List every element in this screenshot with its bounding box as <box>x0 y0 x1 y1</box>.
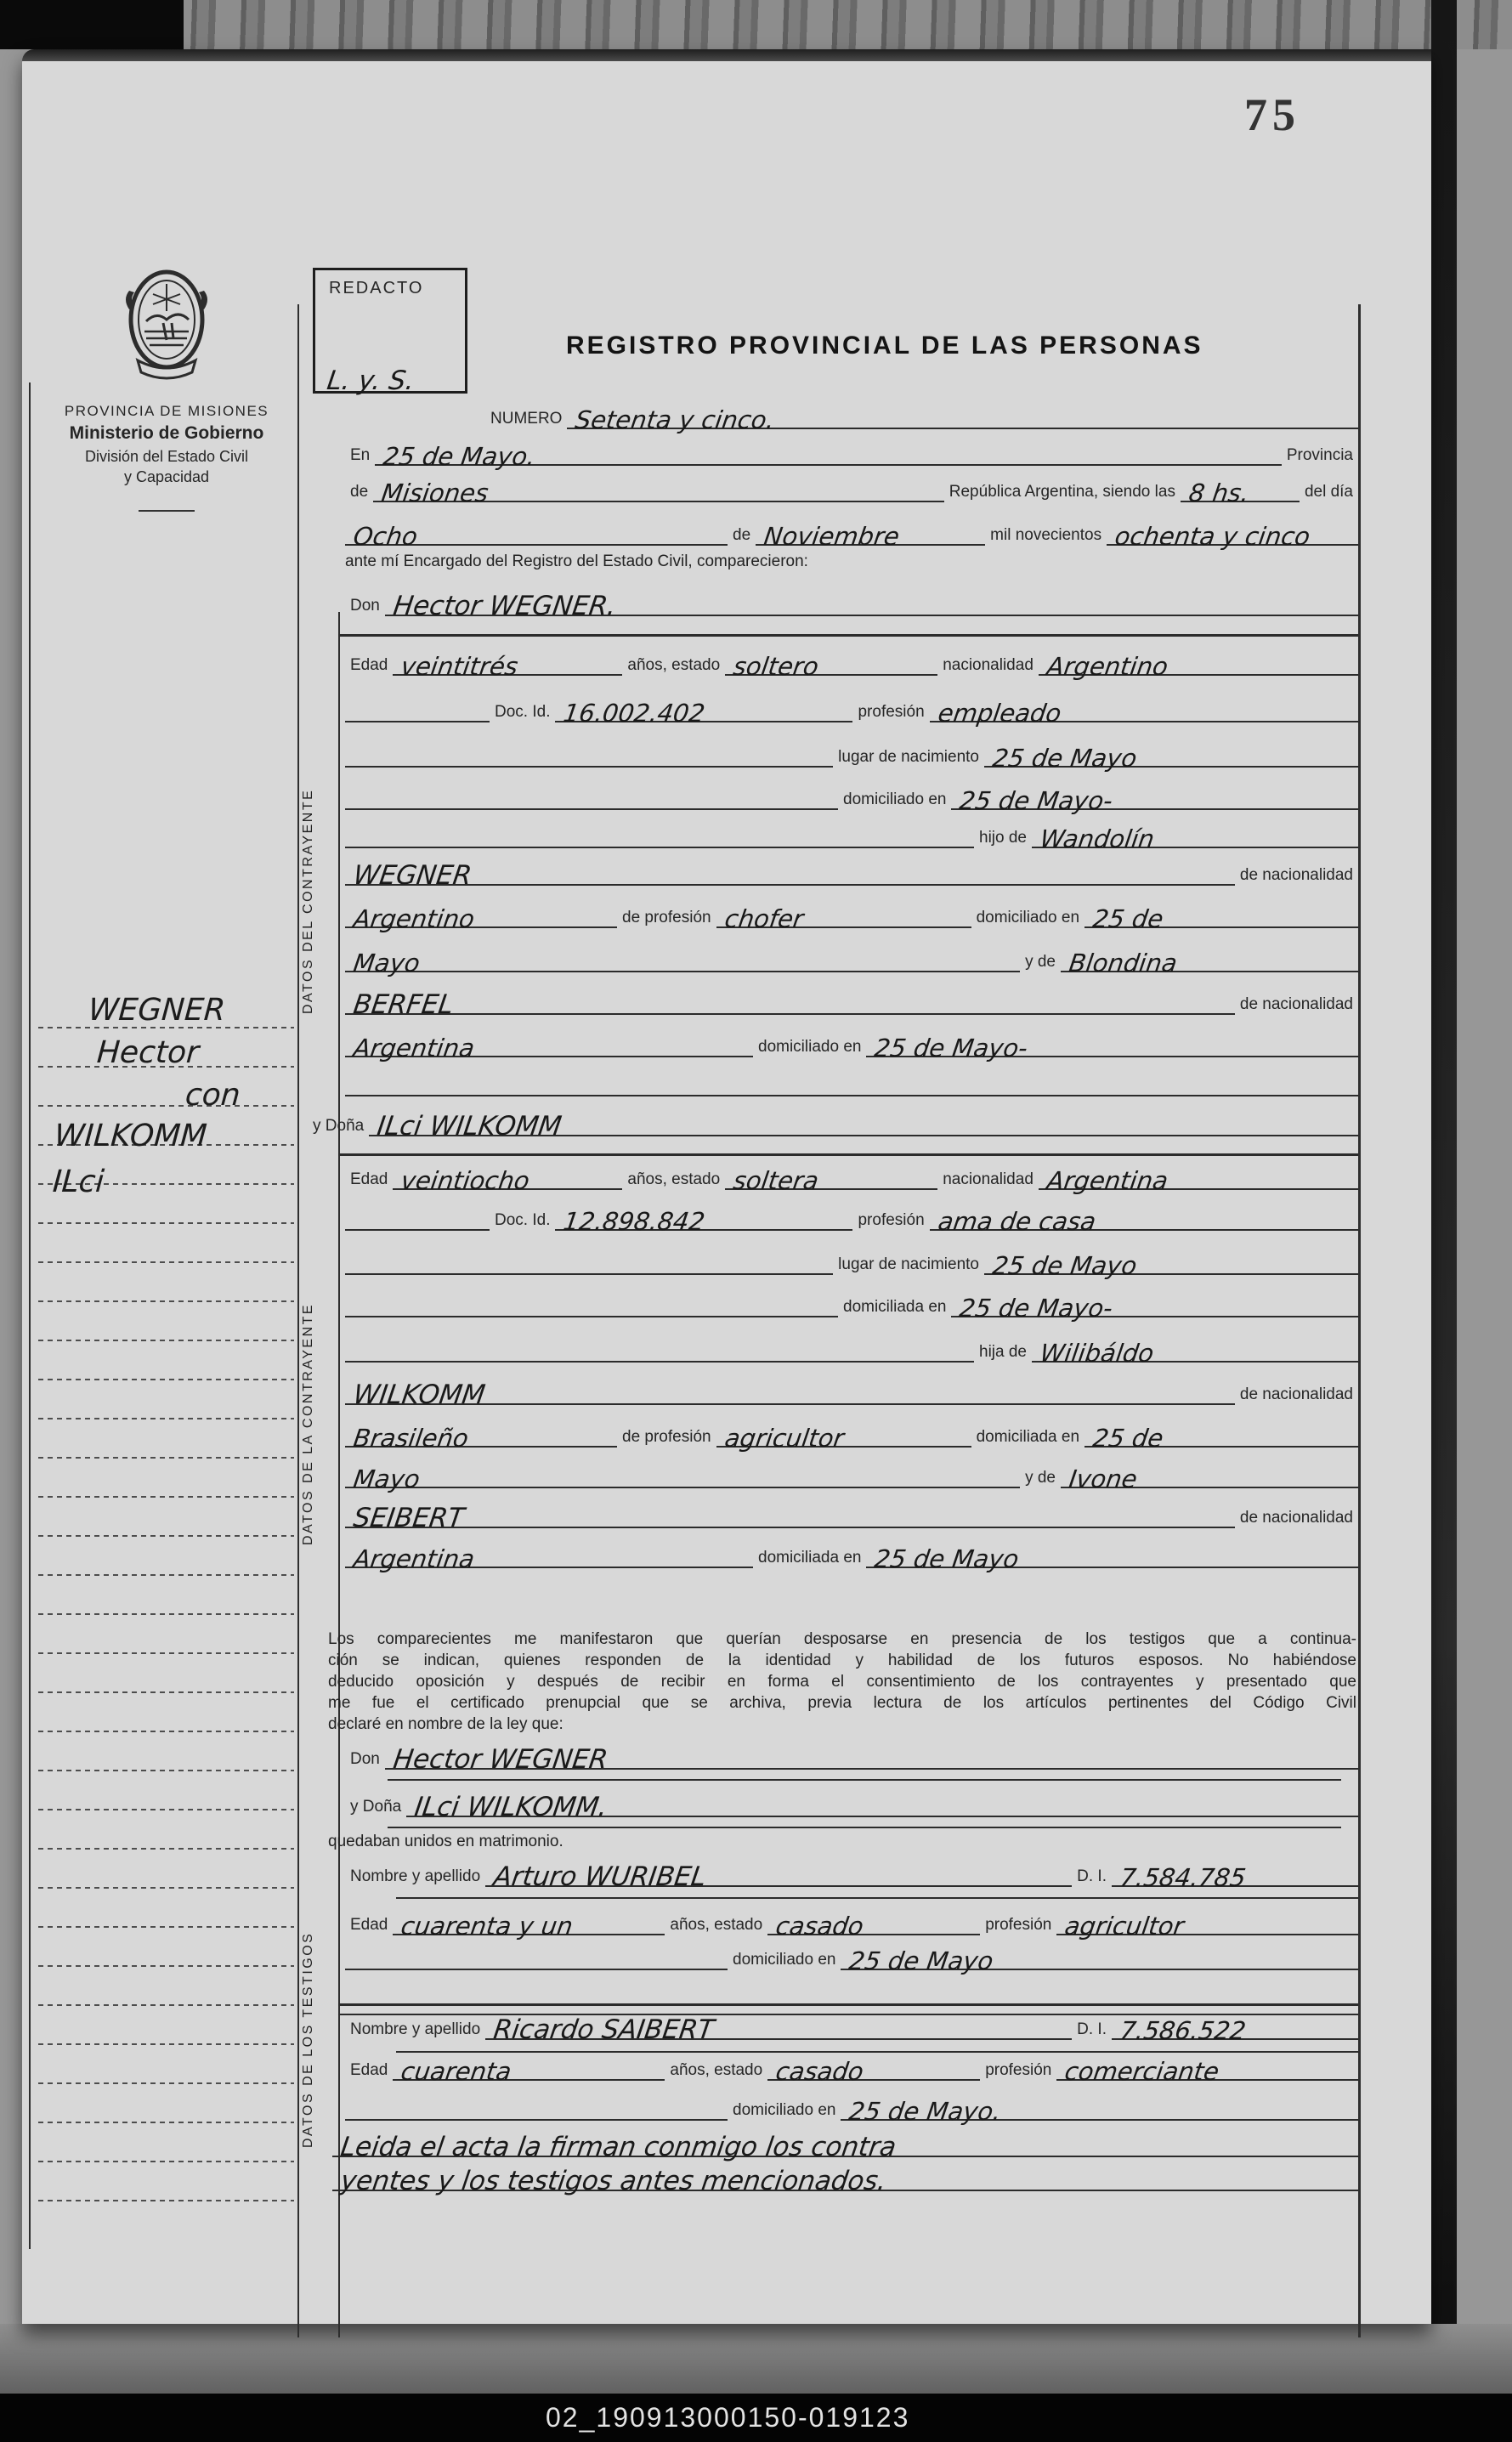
bride-doc-row: Doc. Id. 12.898.842 profesión ama de cas… <box>345 1193 1358 1231</box>
letterhead-rule <box>139 510 195 512</box>
groom-father-residence: 25 de <box>1091 907 1164 932</box>
bride-father-profession: agricultor <box>723 1426 846 1451</box>
bride-mother-surname: SEIBERT <box>352 1505 466 1532</box>
groom-age-row: Edad veintitrés años, estado soltero nac… <box>345 638 1358 676</box>
witness2-age-row: Edad cuarenta años, estado casado profes… <box>345 2043 1358 2081</box>
bride-name: ILci WILKOMM <box>376 1113 563 1140</box>
domiciliada-en-label: domiciliada en <box>971 1428 1084 1448</box>
declaration-paragraph: Los comparecientes me manifestaron que q… <box>328 1629 1356 1735</box>
groom-father-surname: WEGNER <box>352 863 473 889</box>
nacionalidad-label: nacionalidad <box>937 1170 1039 1190</box>
ante-mi-line: ante mí Encargado del Registro del Estad… <box>345 552 808 571</box>
domiciliada-en-label: domiciliada en <box>753 1549 866 1568</box>
closing-line1-row: Leida el acta la firman conmigo los cont… <box>332 2120 1358 2157</box>
act-year: ochenta y cinco <box>1113 524 1311 549</box>
margin-bride-surname: WILKOMM <box>54 1119 208 1153</box>
bride-father-residence: 25 de <box>1091 1426 1164 1451</box>
de-profesion-label: de profesión <box>617 1428 716 1448</box>
bride-father-detail-row: Brasileño de profesión agricultor domici… <box>345 1410 1358 1448</box>
groom-birthplace-row: lugar de nacimiento 25 de Mayo <box>345 730 1358 768</box>
hija-de-label: hija de <box>974 1343 1032 1363</box>
margin-bride-firstname: ILci <box>52 1164 105 1199</box>
bride-mother-name: Ivone <box>1067 1467 1139 1492</box>
de-nacionalidad-label: de nacionalidad <box>1235 995 1358 1015</box>
bride-mother-nationality: Argentina <box>352 1547 476 1572</box>
bride-mother-detail-row: Argentina domiciliada en 25 de Mayo <box>345 1531 1358 1568</box>
scan-reference-code: 02_190913000150-019123 <box>546 2402 909 2434</box>
blank-line-row <box>345 1059 1358 1096</box>
witness1-name-row: Nombre y apellido Arturo WURIBEL D. I. 7… <box>345 1850 1358 1887</box>
domiciliada-en-label: domiciliada en <box>838 1298 951 1317</box>
bride-profession: ama de casa <box>937 1210 1097 1234</box>
witness2-name-row: Nombre y apellido Ricardo SAIBERT D. I. … <box>345 2003 1358 2040</box>
act-hour: 8 hs. <box>1187 481 1250 506</box>
nombre-label: Nombre y apellido <box>345 1867 485 1887</box>
estado-label: años, estado <box>665 2061 767 2081</box>
groom-profession: empleado <box>937 701 1062 726</box>
bride-mother-row: Mayo y de Ivone <box>345 1451 1358 1488</box>
margin-rule <box>29 382 31 2249</box>
dona-label: y Doña <box>308 1117 369 1136</box>
groom-status: soltero <box>732 654 820 679</box>
numero-row: NUMERO Setenta y cinco. <box>345 392 1358 429</box>
declared-groom-row: Don Hector WEGNER <box>345 1732 1358 1770</box>
y-de-label: y de <box>1020 953 1061 972</box>
letterhead: PROVINCIA DE MISIONES Ministerio de Gobi… <box>37 260 296 512</box>
paragraph-line: deducido oposición y después de recibir … <box>328 1671 1356 1692</box>
groom-father-residence2: Mayo <box>352 951 422 976</box>
bride-father-row: hija de Wilibáldo <box>345 1325 1358 1363</box>
de-nacionalidad-label: de nacionalidad <box>1235 1509 1358 1528</box>
letterhead-province: PROVINCIA DE MISIONES <box>37 403 296 420</box>
mil-label: mil novecientos <box>985 526 1107 546</box>
form-rule-right <box>1358 304 1361 2337</box>
en-label: En <box>345 446 375 466</box>
nombre-label: Nombre y apellido <box>345 2020 485 2040</box>
profesion-label: profesión <box>980 2061 1056 2081</box>
letterhead-ministry: Ministerio de Gobierno <box>37 423 296 444</box>
groom-father-surname-row: WEGNER de nacionalidad <box>345 848 1358 886</box>
groom-birthplace: 25 de Mayo <box>991 746 1138 771</box>
de2-label: de <box>728 526 756 546</box>
nacimiento-label: lugar de nacimiento <box>833 1255 984 1275</box>
de-nacionalidad-label: de nacionalidad <box>1235 866 1358 886</box>
groom-doc-id: 16.002.402 <box>562 701 706 726</box>
paragraph-line: ción se indican, quienes responden de la… <box>328 1650 1356 1671</box>
bride-father-surname: WILKOMM <box>352 1382 487 1408</box>
act-day: Ocho <box>352 524 419 549</box>
letterhead-capacity: y Capacidad <box>37 468 296 486</box>
witness1-residence: 25 de Mayo <box>847 1949 994 1974</box>
groom-mother-surname-row: BERFEL de nacionalidad <box>345 977 1358 1015</box>
bride-name-row: y Doña ILci WILKOMM <box>308 1099 1358 1136</box>
numero-label: NUMERO <box>485 410 567 429</box>
bride-residence: 25 de Mayo- <box>958 1296 1114 1321</box>
declared-bride-row: y Doña ILci WILKOMM. <box>345 1780 1358 1817</box>
bride-age-row: Edad veintiocho años, estado soltera nac… <box>345 1153 1358 1190</box>
bride-doc-id: 12.898.842 <box>562 1210 706 1234</box>
bride-birthplace: 25 de Mayo <box>991 1254 1138 1278</box>
republica-label: República Argentina, siendo las <box>944 483 1181 502</box>
bride-status: soltera <box>732 1169 820 1193</box>
domiciliado-en-label: domiciliado en <box>728 1951 841 1970</box>
groom-father-detail-row: Argentino de profesión chofer domiciliad… <box>345 891 1358 928</box>
letterhead-division: División del Estado Civil <box>37 448 296 466</box>
witness1-age-row: Edad cuarenta y un años, estado casado p… <box>345 1898 1358 1935</box>
witness1-residence-row: domiciliado en 25 de Mayo <box>345 1933 1358 1970</box>
witness2-name: Ricardo SAIBERT <box>492 2017 716 2043</box>
nacimiento-label: lugar de nacimiento <box>833 748 984 768</box>
double-underline <box>388 1827 1341 1828</box>
witness2-doc-id: 7.586.522 <box>1118 2019 1248 2043</box>
groom-mother-residence: 25 de Mayo- <box>873 1036 1029 1061</box>
bride-father-nationality: Brasileño <box>352 1426 470 1451</box>
y-dona-label: y Doña <box>345 1798 406 1817</box>
de-profesion-label: de profesión <box>617 909 716 928</box>
witness1-doc-id: 7.584.785 <box>1118 1866 1248 1890</box>
witness2-residence-row: domiciliado en 25 de Mayo. <box>345 2083 1358 2121</box>
don-label: Don <box>345 1750 385 1770</box>
declared-groom-name: Hector WEGNER <box>392 1747 609 1773</box>
y-de-label: y de <box>1020 1469 1061 1488</box>
groom-nationality: Argentino <box>1045 654 1169 679</box>
di-label: D. I. <box>1072 1867 1112 1887</box>
doc-label: Doc. Id. <box>490 703 555 722</box>
domiciliado-en-label: domiciliado en <box>753 1038 866 1057</box>
scan-background <box>0 0 184 49</box>
groom-mother-name: Blondina <box>1067 951 1179 976</box>
domicilio-label: domiciliado en <box>838 790 951 810</box>
groom-residence-row: domiciliado en 25 de Mayo- <box>345 773 1358 810</box>
form-rule-inner <box>338 612 340 2337</box>
profesion-label: profesión <box>852 1211 929 1231</box>
bride-mother-residence: 25 de Mayo <box>873 1547 1020 1572</box>
paragraph-line: me fue el certificado prenupcial que se … <box>328 1692 1356 1714</box>
margin-groom-surname: WEGNER <box>88 993 227 1028</box>
groom-mother-detail-row: Argentina domiciliado en 25 de Mayo- <box>345 1020 1358 1057</box>
bride-father-residence2: Mayo <box>352 1467 422 1492</box>
section-label-bride: DATOS DE LA CONTRAYENTE <box>301 1232 337 1615</box>
de-nacionalidad-label: de nacionalidad <box>1235 1385 1358 1405</box>
book-top-edge <box>0 0 1512 49</box>
section-label-witnesses: DATOS DE LOS TESTIGOS <box>301 1870 337 2210</box>
registry-page: 75 PROVINCIA DE MISIONES Ministerio de G… <box>22 49 1431 2324</box>
witness2-profession: comerciante <box>1063 2060 1220 2084</box>
groom-age: veintitrés <box>399 654 519 679</box>
groom-mother-row: Mayo y de Blondina <box>345 935 1358 972</box>
act-province: Misiones <box>380 481 490 506</box>
doc-label: Doc. Id. <box>490 1211 555 1231</box>
form-rule-outer <box>297 304 299 2337</box>
edad-label: Edad <box>345 1170 393 1190</box>
edad-label: Edad <box>345 656 393 676</box>
place-row: En 25 de Mayo. Provincia <box>345 428 1358 466</box>
closing-line2-row: yentes y los testigos antes mencionados. <box>332 2154 1358 2191</box>
di-label: D. I. <box>1072 2020 1112 2040</box>
act-month: Noviembre <box>762 524 901 549</box>
nacionalidad-label: nacionalidad <box>937 656 1039 676</box>
groom-mother-nationality: Argentina <box>352 1036 476 1061</box>
declared-bride-name: ILci WILKOMM. <box>413 1794 609 1821</box>
witness1-name: Arturo WURIBEL <box>492 1864 708 1890</box>
bride-nationality: Argentina <box>1045 1169 1169 1193</box>
witness2-age: cuarenta <box>399 2060 512 2084</box>
misiones-coat-of-arms-icon <box>112 260 221 389</box>
bride-birthplace-row: lugar de nacimiento 25 de Mayo <box>345 1238 1358 1275</box>
bride-father-surname-row: WILKOMM de nacionalidad <box>345 1368 1358 1405</box>
united-line: quedaban unidos en matrimonio. <box>328 1833 563 1851</box>
provincia-label: Provincia <box>1282 446 1358 466</box>
estado-label: años, estado <box>622 656 725 676</box>
bride-age: veintiocho <box>399 1169 531 1193</box>
de-label: de <box>345 483 373 502</box>
groom-name-row: Don Hector WEGNER. <box>345 579 1358 616</box>
margin-con: con <box>184 1078 242 1113</box>
act-form: NUMERO Setenta y cinco. En 25 de Mayo. P… <box>345 49 1358 2344</box>
groom-name: Hector WEGNER. <box>392 593 618 620</box>
profesion-label: profesión <box>852 703 929 722</box>
witness2-status: casado <box>774 2060 865 2084</box>
section-label-groom: DATOS DEL CONTRAYENTE <box>301 722 337 1079</box>
section-divider <box>338 634 1358 637</box>
bride-father-name: Wilibáldo <box>1039 1341 1155 1366</box>
bride-mother-surname-row: SEIBERT de nacionalidad <box>345 1491 1358 1528</box>
domiciliado-en-label: domiciliado en <box>728 2101 841 2121</box>
closing-line2: yentes y los testigos antes mencionados. <box>339 2168 888 2195</box>
groom-father-row: hijo de Wandolín <box>345 811 1358 848</box>
date-row: Ocho de Noviembre mil novecientos ochent… <box>345 508 1358 546</box>
bride-residence-row: domiciliada en 25 de Mayo- <box>345 1280 1358 1317</box>
book-binding <box>1431 0 1457 2346</box>
hijo-de-label: hijo de <box>974 829 1032 848</box>
groom-doc-row: Doc. Id. 16.002.402 profesión empleado <box>345 685 1358 722</box>
paragraph-line: Los comparecientes me manifestaron que q… <box>328 1629 1356 1650</box>
groom-mother-surname: BERFEL <box>352 992 455 1018</box>
margin-groom-firstname: Hector <box>96 1035 201 1070</box>
groom-residence: 25 de Mayo- <box>958 789 1114 813</box>
groom-father-nationality: Argentino <box>352 907 476 932</box>
domiciliado-en-label: domiciliado en <box>971 909 1084 928</box>
del-dia-label: del día <box>1300 483 1358 502</box>
don-label: Don <box>345 597 385 616</box>
estado-label: años, estado <box>622 1170 725 1190</box>
edad-label: Edad <box>345 2061 393 2081</box>
groom-father-profession: chofer <box>723 907 805 932</box>
province-row: de Misiones República Argentina, siendo … <box>345 465 1358 502</box>
